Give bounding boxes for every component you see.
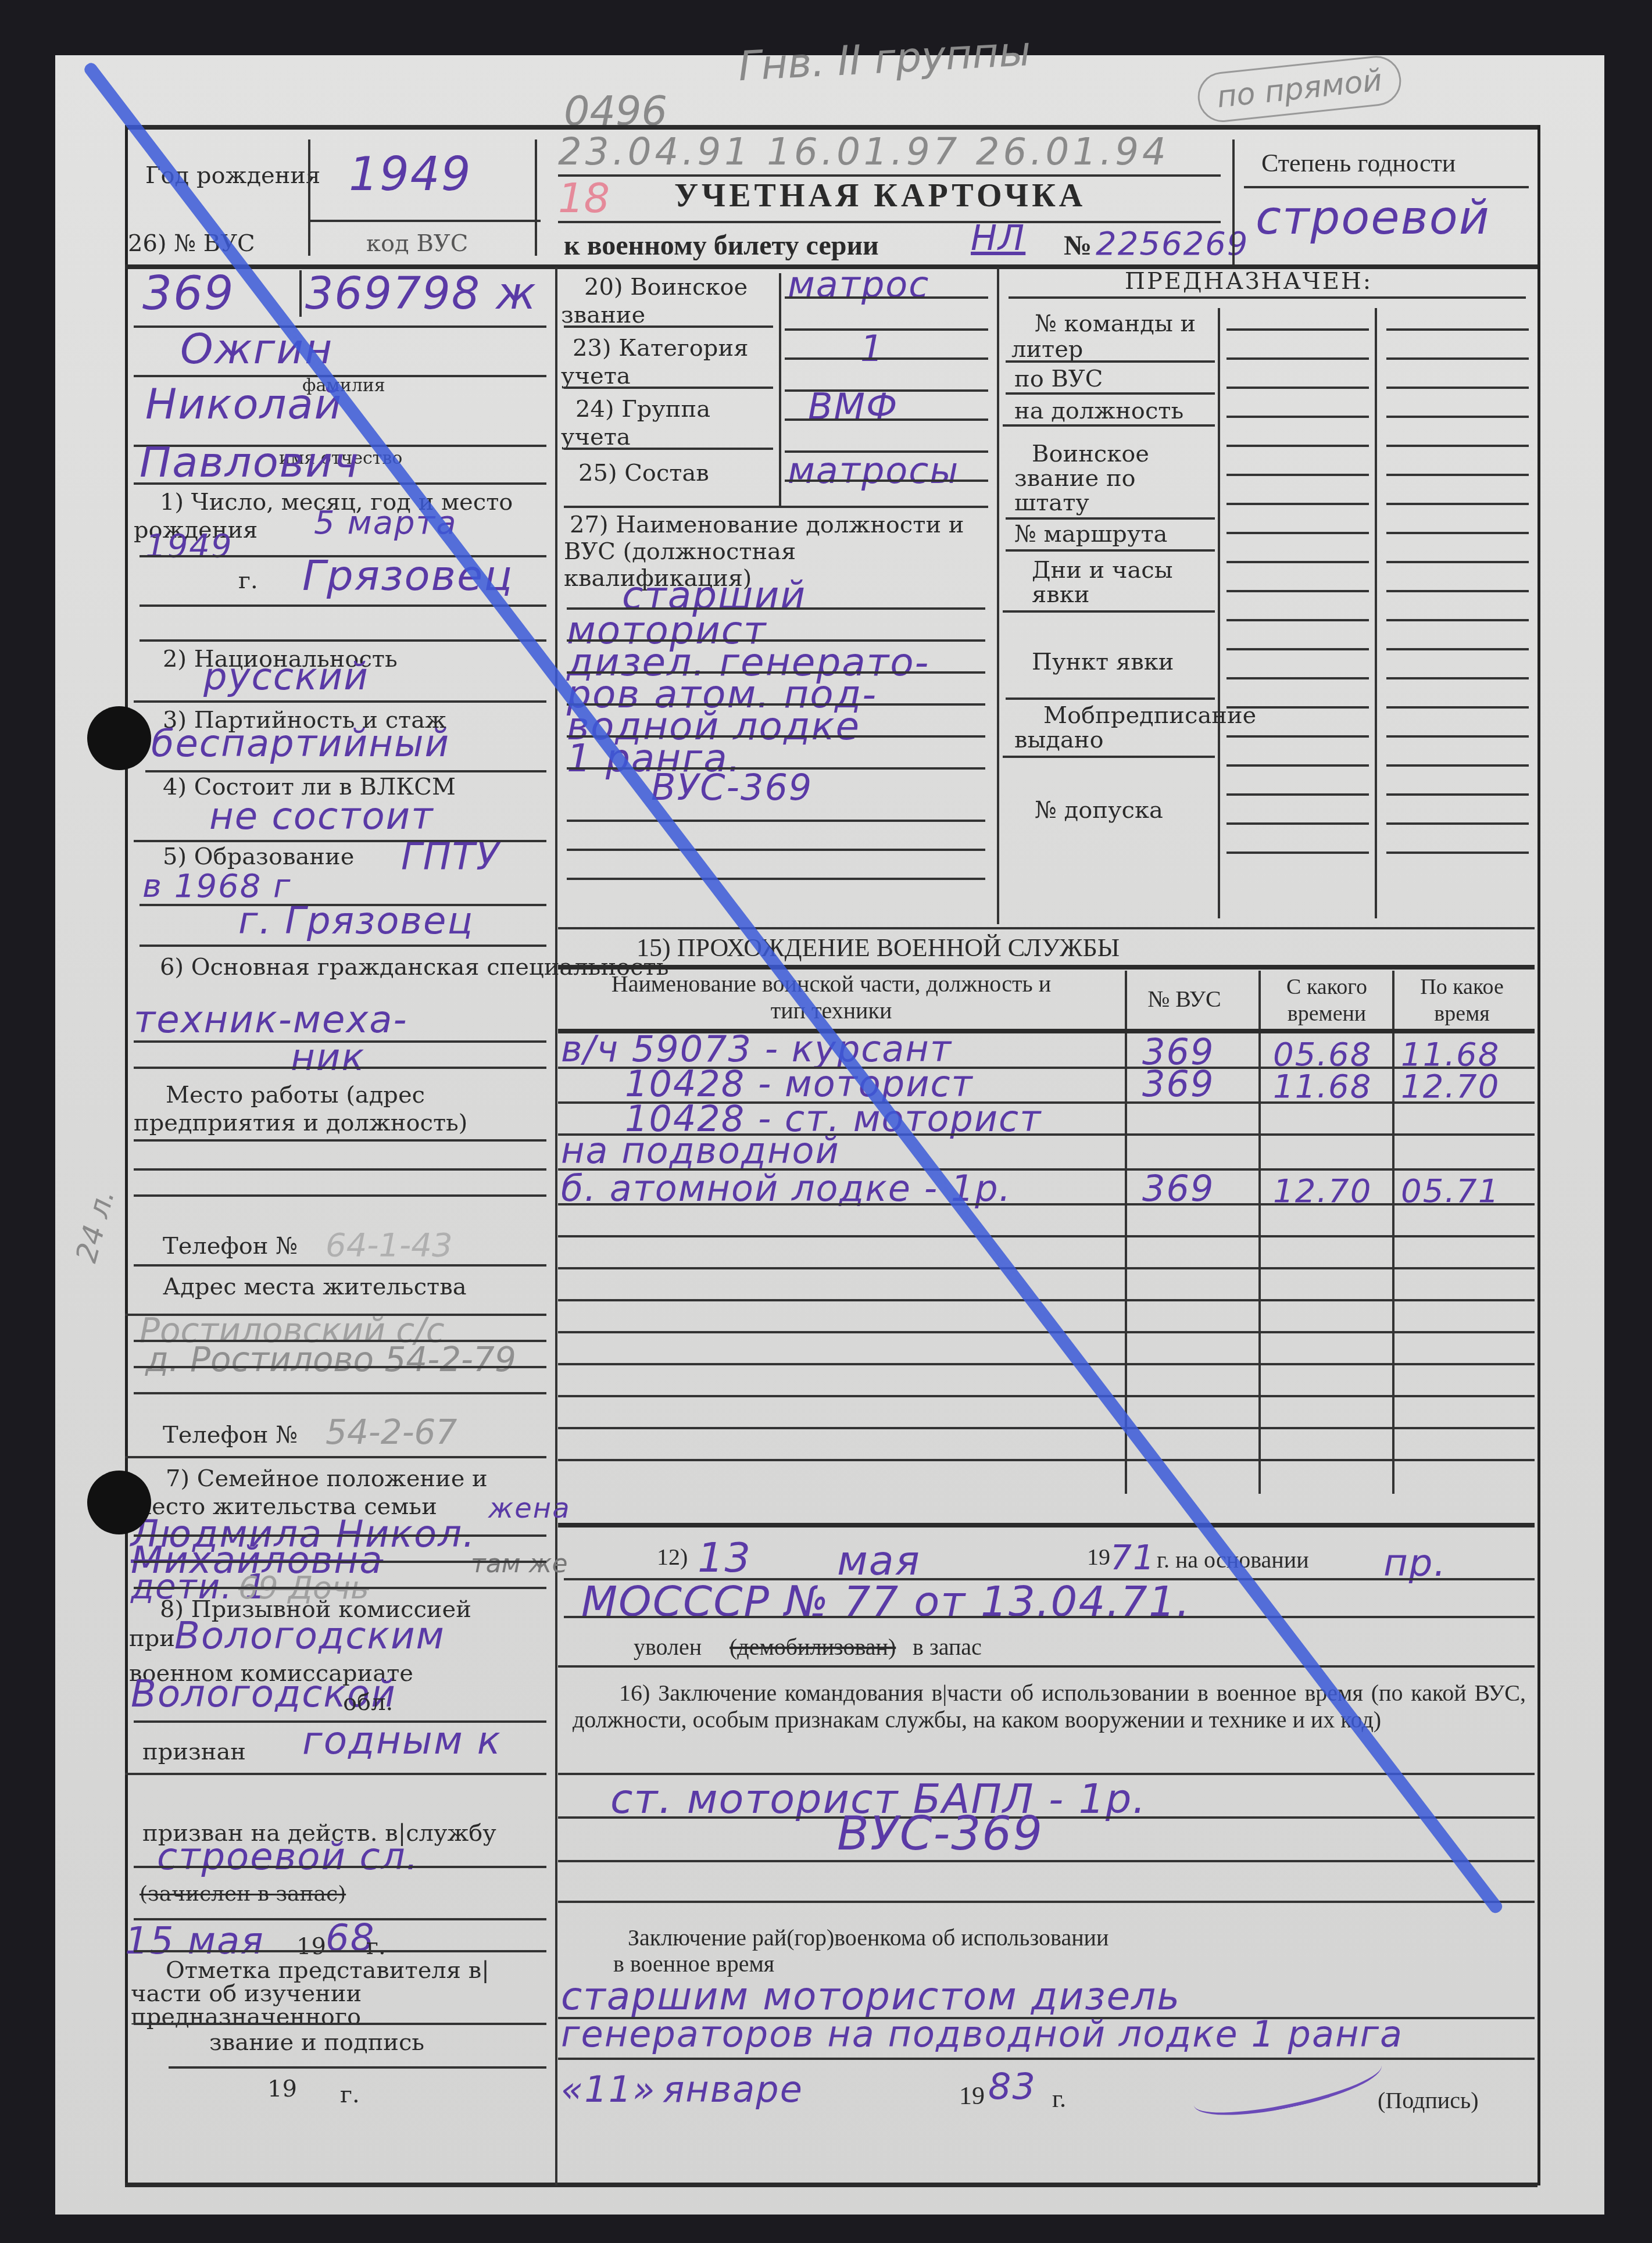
assigned-title: ПРЕДНАЗНАЧЕН:	[1125, 267, 1372, 295]
called-year-suffix: г.	[366, 1933, 386, 1961]
nationality: русский	[203, 657, 369, 697]
punch-hole	[87, 706, 151, 770]
called-date: 15 мая	[125, 1921, 264, 1962]
sign-label: звание и подпись	[209, 2029, 424, 2056]
divider	[169, 2066, 546, 2069]
birth-place-prefix: г.	[238, 567, 258, 595]
work-phone-label: Телефон №	[163, 1232, 298, 1260]
divider	[1006, 360, 1215, 363]
divider	[558, 221, 1221, 223]
divider	[134, 1534, 546, 1537]
divider	[558, 1665, 1535, 1668]
discharge-number: 12)	[657, 1543, 688, 1571]
service-col-to: По какое время	[1395, 974, 1529, 1027]
raion-date-year: 83	[988, 2066, 1036, 2107]
divider	[1375, 308, 1377, 918]
bottom-border	[125, 2183, 1537, 2187]
divider	[134, 1139, 546, 1142]
specialty-line-1: техник-меха-	[134, 1000, 408, 1040]
birth-year: 1949	[145, 526, 233, 567]
assigned-label-days: Дни и часы явки	[1032, 558, 1206, 607]
group-value: ВМФ	[808, 387, 898, 427]
divider	[125, 1773, 546, 1775]
divider	[134, 1392, 546, 1394]
mark-label: Отметка представителя в|части об изучени…	[131, 1959, 549, 2029]
divider	[1003, 756, 1215, 758]
divider	[558, 927, 1535, 929]
assigned-label-vus: по ВУС	[1014, 365, 1103, 393]
service-unit: на подводной	[561, 1131, 840, 1171]
rank-value: матрос	[788, 264, 929, 305]
raion-date-day: «11»	[561, 2069, 656, 2110]
divider	[1258, 971, 1261, 1494]
top-border	[125, 125, 1537, 130]
first-name: Николай	[145, 384, 342, 424]
service-col-vus: № ВУС	[1133, 985, 1235, 1013]
divider	[134, 1264, 546, 1267]
commissariat-suffix: обл.	[343, 1688, 393, 1716]
divider	[567, 820, 985, 822]
divider	[564, 1616, 1535, 1618]
divider	[134, 1587, 546, 1589]
fitness-label: Степень годности	[1261, 148, 1456, 178]
reserve-label: (зачислен в запас)	[140, 1880, 346, 1908]
assigned-label-team: № команды и литер	[1011, 311, 1215, 362]
composition-label: 25) Состав	[578, 459, 709, 487]
divider	[535, 139, 537, 256]
vus-code: 369798 ж	[305, 273, 537, 314]
divider	[1009, 296, 1526, 299]
divider	[1244, 186, 1529, 188]
divider	[1003, 424, 1215, 427]
divider	[1006, 697, 1215, 700]
address-line-2: д. Ростилово 54-2-79	[145, 1340, 516, 1379]
ticket-label: к военному билету серии	[564, 230, 879, 262]
divider	[1006, 517, 1215, 520]
education-place: г. Грязовец	[238, 901, 474, 942]
recognized-label: признан	[142, 1738, 246, 1766]
divider	[564, 506, 988, 508]
assigned-label-position: на должность	[1014, 397, 1183, 425]
divider	[558, 174, 1221, 177]
raion-label-1: Заключение рай(гор)военкома об использов…	[628, 1924, 1109, 1951]
punch-hole	[87, 1471, 151, 1534]
assigned-label-point: Пункт явки	[1032, 648, 1174, 676]
divider	[125, 1456, 546, 1458]
divider	[785, 328, 988, 331]
raion-value-1: старшим мотористом дизель	[561, 1976, 1181, 2017]
category-value: 1	[860, 328, 884, 369]
recognized-value: годным к	[302, 1720, 502, 1761]
vus-number: 369	[142, 273, 235, 314]
discharge-status-pre: уволен	[634, 1633, 702, 1661]
divider	[134, 1366, 546, 1368]
discharge-status-post: в запас	[913, 1633, 982, 1661]
divider	[145, 770, 546, 772]
divider	[564, 448, 773, 450]
discharge-status-struck: (демобилизован)	[730, 1633, 896, 1661]
ticket-number-label: №	[1064, 230, 1092, 262]
discharge-month: мая	[837, 1540, 921, 1581]
category-label: 23) Категория учета	[561, 334, 770, 390]
raion-label-2: в военное время	[613, 1950, 774, 1977]
raion-date-suffix: г.	[1052, 2084, 1066, 2113]
raion-date-month: январе	[663, 2069, 803, 2110]
divider	[134, 1866, 546, 1868]
vus-code-label: код ВУС	[366, 230, 468, 257]
home-phone-label: Телефон №	[163, 1421, 298, 1449]
assigned-label-route: № маршрута	[1014, 520, 1167, 548]
birth-year-value: 1949	[349, 154, 472, 195]
address-label: Адрес места жительства	[163, 1273, 467, 1301]
divider	[1006, 392, 1215, 395]
group-label: 24) Группа учета	[561, 395, 770, 451]
divider	[134, 1168, 546, 1171]
party: беспартийный	[151, 724, 450, 764]
assigned-divider	[997, 267, 999, 924]
called-year-prefix: 19	[296, 1933, 326, 1961]
divider	[558, 1523, 1535, 1527]
divider	[1006, 549, 1215, 552]
divider	[134, 1950, 546, 1952]
discharge-year-prefix: 19	[1087, 1543, 1110, 1571]
divider	[567, 849, 985, 851]
commission-value: Вологодским	[174, 1616, 445, 1657]
discharge-year: 71	[1110, 1537, 1156, 1578]
conclusion-label: 16) Заключение командования в|части об и…	[573, 1680, 1526, 1733]
conclusion-value-2: ВУС-369	[837, 1813, 1043, 1854]
divider	[558, 1816, 1535, 1819]
divider	[134, 1194, 546, 1197]
position-vus: ВУС-369	[651, 767, 813, 808]
service-to: 05.71	[1401, 1171, 1500, 1212]
divider	[558, 2058, 1535, 2060]
divider	[558, 965, 1535, 970]
divider	[134, 2023, 546, 2025]
service-title: 15) ПРОХОЖДЕНИЕ ВОЕННОЙ СЛУЖБЫ	[637, 933, 1120, 963]
rank-label: 20) Воинское звание	[561, 273, 770, 329]
sign-year-suffix: г.	[340, 2081, 360, 2109]
raion-value-2: генераторов на подводной лодке 1 ранга	[561, 2014, 1403, 2055]
red-mark: 18	[558, 174, 610, 222]
divider	[134, 700, 546, 703]
assigned-label-rank: Воинское звание по штату	[1014, 442, 1215, 515]
education: ГПТУ	[401, 837, 500, 878]
service-col-unit: Наименование воинской части, должность и…	[605, 971, 1058, 1024]
discharge-day: 13	[698, 1537, 752, 1578]
divider	[785, 357, 988, 360]
work-label: Место работы (адрес предприятия и должно…	[134, 1081, 546, 1137]
raion-date-year-prefix: 19	[959, 2081, 985, 2110]
fitness-value: строевой	[1256, 198, 1490, 238]
work-phone: 64-1-43	[326, 1226, 453, 1264]
signature-label: (Подпись)	[1378, 2087, 1479, 2114]
ticket-series: НЛ	[971, 218, 1025, 259]
family-address-note: там же	[471, 1549, 567, 1579]
divider	[134, 1067, 546, 1069]
divider	[134, 1561, 546, 1563]
left-column-divider	[555, 267, 557, 2185]
composition-value: матросы	[788, 450, 959, 491]
divider	[558, 1901, 1535, 1903]
called-value: строевой сл.	[157, 1837, 419, 1877]
patronymic: Павлович	[140, 442, 360, 482]
divider	[1003, 610, 1215, 613]
assigned-label-access: № допуска	[1035, 796, 1163, 824]
divider	[1392, 971, 1394, 1494]
home-phone: 54-2-67	[326, 1412, 457, 1452]
divider	[308, 139, 310, 256]
divider	[564, 387, 773, 389]
divider	[1218, 308, 1220, 918]
divider	[564, 325, 773, 328]
divider	[567, 878, 985, 880]
service-from: 12.70	[1273, 1171, 1372, 1212]
divider	[558, 1860, 1535, 1862]
divider	[299, 270, 302, 317]
specialty-line-2: ник	[291, 1038, 365, 1078]
divider	[134, 482, 546, 485]
divider	[308, 220, 541, 222]
divider	[1232, 139, 1235, 267]
divider	[140, 945, 546, 947]
service-vus: 369	[1142, 1064, 1214, 1104]
commission-prefix: при	[129, 1625, 175, 1652]
divider	[140, 639, 546, 642]
sign-year: 19	[267, 2075, 297, 2103]
card-title: УЧЕТНАЯ КАРТОЧКА	[674, 177, 1086, 214]
divider	[785, 480, 988, 482]
assigned-label-mob: Мобпредписание выдано	[1014, 703, 1215, 752]
komsomol: не состоит	[209, 796, 434, 837]
ticket-number: 2256269	[1096, 224, 1249, 264]
family-label: 7) Семейное положение и место жительства…	[134, 1465, 546, 1521]
divider	[140, 604, 546, 607]
service-col-from: С какого времени	[1261, 974, 1392, 1027]
divider	[779, 273, 781, 506]
divider	[785, 296, 988, 299]
divider	[785, 418, 988, 421]
